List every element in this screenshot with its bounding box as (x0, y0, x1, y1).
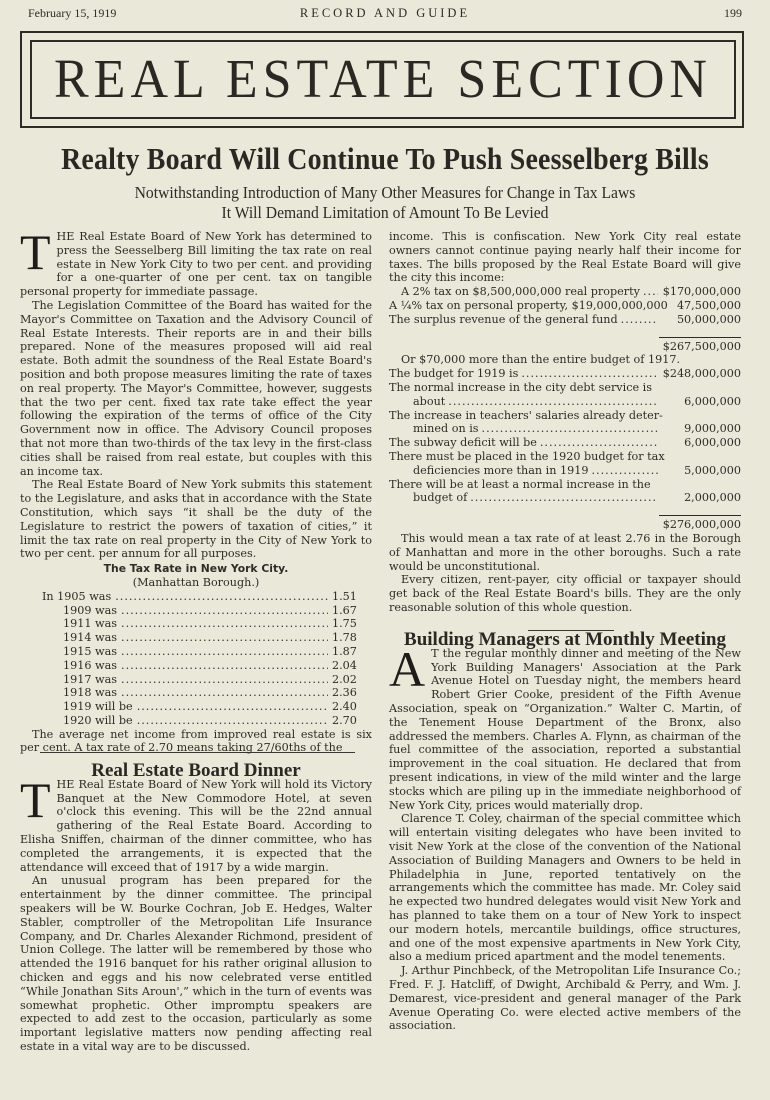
sum-rule (659, 515, 741, 516)
tax-rate-year: 1917 was (20, 673, 117, 687)
tax-rate-year: 1915 was (20, 645, 117, 659)
drop-cap: T (20, 780, 51, 820)
leader-dots (121, 686, 328, 700)
budget-value: 6,000,000 (661, 436, 741, 450)
dinner-article-headline: Real Estate Board Dinner (20, 764, 372, 778)
leader-dots (121, 617, 328, 631)
main-article-paragraph-3: The Real Estate Board of New York submit… (20, 478, 372, 561)
income-label: The surplus revenue of the general fund (389, 313, 618, 327)
main-article-right-column: income. This is confiscation. New York C… (389, 230, 741, 615)
section-banner: REAL ESTATE SECTION (20, 31, 744, 128)
deck-line-1: Notwithstanding Introduction of Many Oth… (40, 183, 730, 203)
tax-table-subtitle: (Manhattan Borough.) (20, 576, 372, 590)
budget-value: 9,000,000 (661, 422, 741, 436)
section-title: REAL ESTATE SECTION (54, 49, 712, 111)
main-article-left-column: T HE Real Estate Board of New York has d… (20, 230, 372, 755)
budget-label: budget of (389, 491, 467, 505)
leader-dots (521, 367, 658, 381)
income-row: A ¼% tax on personal property, $19,000,0… (389, 299, 741, 313)
budget-row: about6,000,000 (389, 395, 741, 409)
dinner-article-paragraph-2: An unusual program has been prepared for… (20, 874, 372, 1053)
tax-rate-value: 1.67 (332, 604, 372, 618)
leader-dots (448, 395, 658, 409)
tax-rate-year: 1916 was (20, 659, 117, 673)
leader-dots (540, 436, 658, 450)
budget-row: The budget for 1919 is$248,000,000 (389, 367, 741, 381)
tax-table-title: The Tax Rate in New York City. (20, 562, 372, 576)
tax-rate-value: 2.70 (332, 714, 372, 728)
budget-label: mined on is (389, 422, 479, 436)
managers-article-headline: Building Managers at Monthly Meeting (389, 633, 741, 647)
budget-label: deficiencies more than in 1919 (389, 464, 589, 478)
tax-rate-row: 1909 was1.67 (20, 604, 372, 618)
budget-table: The budget for 1919 is$248,000,000 The n… (389, 367, 741, 532)
income-value: 50,000,000 (661, 313, 741, 327)
tax-rate-year: In 1905 was (20, 590, 111, 604)
tax-rate-year: 1914 was (20, 631, 117, 645)
leader-dots (137, 714, 328, 728)
tax-rate-table: In 1905 was1.51 1909 was1.67 1911 was1.7… (20, 590, 372, 728)
leader-dots (121, 604, 328, 618)
dinner-article-intro: T HE Real Estate Board of New York will … (20, 778, 372, 875)
leader-dots (621, 313, 658, 327)
main-headline: Realty Board Will Continue To Push Seess… (48, 141, 723, 177)
income-table: A 2% tax on $8,500,000,000 real property… (389, 285, 741, 353)
tax-rate-value: 1.78 (332, 631, 372, 645)
tax-rate-value: 2.36 (332, 686, 372, 700)
tax-rate-year: 1920 will be (20, 714, 133, 728)
managers-article-paragraph-3: J. Arthur Pinchbeck, of the Metropolitan… (389, 964, 741, 1033)
managers-article-paragraph-2: Clarence T. Coley, chairman of the speci… (389, 812, 741, 964)
main-article-paragraph-7: This would mean a tax rate of at least 2… (389, 532, 741, 573)
tax-rate-row: 1911 was1.75 (20, 617, 372, 631)
main-article-paragraph-6: Or $70,000 more than the entire budget o… (389, 353, 741, 367)
budget-value: $248,000,000 (661, 367, 741, 381)
budget-row: deficiencies more than in 19195,000,000 (389, 464, 741, 478)
tax-rate-row: 1919 will be2.40 (20, 700, 372, 714)
income-row: The surplus revenue of the general fund5… (389, 313, 741, 327)
tax-rate-row: 1918 was2.36 (20, 686, 372, 700)
leader-dots (482, 422, 658, 436)
budget-row: mined on is9,000,000 (389, 422, 741, 436)
drop-cap: T (20, 232, 51, 272)
income-label: A ¼% tax on personal property, $19,000,0… (389, 299, 668, 313)
tax-rate-year: 1911 was (20, 617, 117, 631)
leader-dots (121, 673, 328, 687)
main-article-intro: T HE Real Estate Board of New York has d… (20, 230, 372, 299)
managers-article-paragraph-1: T the regular monthly dinner and meeting… (389, 647, 741, 813)
page-number: 199 (724, 6, 742, 21)
tax-rate-row: 1915 was1.87 (20, 645, 372, 659)
income-value: $170,000,000 (661, 285, 741, 299)
tax-rate-row: 1917 was2.02 (20, 673, 372, 687)
drop-cap: A (389, 649, 425, 689)
budget-label-line: The increase in teachers' salaries alrea… (389, 409, 741, 423)
tax-rate-value: 2.04 (332, 659, 372, 673)
running-head: February 15, 1919 RECORD AND GUIDE 199 (28, 6, 742, 22)
budget-total: $276,000,000 (389, 518, 741, 532)
leader-dots (121, 659, 328, 673)
tax-rate-row: In 1905 was1.51 (20, 590, 372, 604)
leader-dots (137, 700, 328, 714)
main-article-paragraph-8: Every citizen, rent-payer, city official… (389, 573, 741, 614)
article-separator-rule (40, 752, 355, 753)
dinner-article: Real Estate Board Dinner T HE Real Estat… (20, 764, 372, 1054)
tax-rate-value: 1.51 (332, 590, 372, 604)
tax-rate-value: 1.87 (332, 645, 372, 659)
budget-label: The budget for 1919 is (389, 367, 518, 381)
leader-dots (592, 464, 659, 478)
managers-article-intro: A T the regular monthly dinner and meeti… (389, 647, 741, 813)
tax-rate-row: 1914 was1.78 (20, 631, 372, 645)
tax-rate-year: 1918 was (20, 686, 117, 700)
budget-label: about (389, 395, 445, 409)
main-article-paragraph-5: income. This is confiscation. New York C… (389, 230, 741, 285)
leader-dots (121, 645, 328, 659)
leader-dots (115, 590, 328, 604)
section-banner-inner-frame: REAL ESTATE SECTION (30, 40, 736, 119)
tax-rate-year: 1909 was (20, 604, 117, 618)
income-row: A 2% tax on $8,500,000,000 real property… (389, 285, 741, 299)
dinner-article-paragraph-1: HE Real Estate Board of New York will ho… (20, 778, 372, 875)
budget-row: The subway deficit will be6,000,000 (389, 436, 741, 450)
tax-rate-row: 1916 was2.04 (20, 659, 372, 673)
income-label: A 2% tax on $8,500,000,000 real property (389, 285, 640, 299)
income-value: 47,500,000 (674, 299, 741, 313)
tax-rate-year: 1919 will be (20, 700, 133, 714)
tax-rate-value: 2.40 (332, 700, 372, 714)
sum-rule (659, 337, 741, 338)
income-total: $267,500,000 (389, 340, 741, 354)
main-article-paragraph-1: HE Real Estate Board of New York has det… (20, 230, 372, 299)
leader-dots (121, 631, 328, 645)
tax-rate-row: 1920 will be2.70 (20, 714, 372, 728)
main-article-paragraph-2: The Legislation Committee of the Board h… (20, 299, 372, 478)
budget-label: The subway deficit will be (389, 436, 537, 450)
budget-label-line: There must be placed in the 1920 budget … (389, 450, 741, 464)
tax-rate-value: 2.02 (332, 673, 372, 687)
leader-dots (470, 491, 658, 505)
budget-label-line: The normal increase in the city debt ser… (389, 381, 741, 395)
budget-value: 6,000,000 (661, 395, 741, 409)
budget-label-line: There will be at least a normal increase… (389, 478, 741, 492)
budget-row: budget of2,000,000 (389, 491, 741, 505)
budget-value: 2,000,000 (661, 491, 741, 505)
tax-rate-value: 1.75 (332, 617, 372, 631)
leader-dots (643, 285, 658, 299)
budget-value: 5,000,000 (661, 464, 741, 478)
deck-line-2: It Will Demand Limitation of Amount To B… (40, 203, 730, 223)
managers-article: Building Managers at Monthly Meeting A T… (389, 633, 741, 1033)
publication-name: RECORD AND GUIDE (28, 6, 742, 21)
